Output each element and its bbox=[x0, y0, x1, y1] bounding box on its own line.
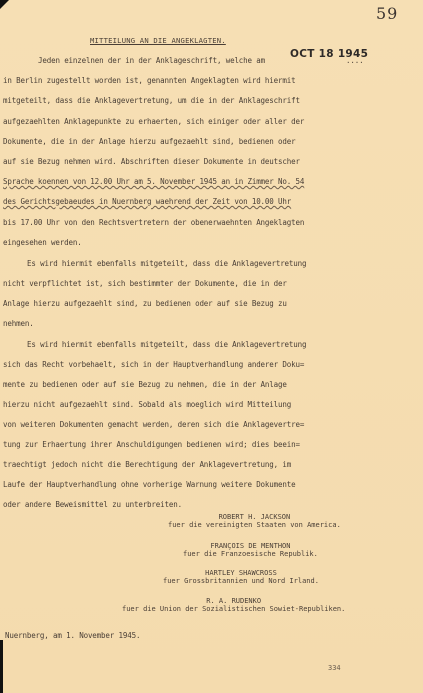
text-line: aufgezaehlten Anklagepunkte zu erhaerten… bbox=[3, 117, 304, 126]
text-line: nicht verpflichtet ist, sich bestimmter … bbox=[3, 279, 287, 288]
signatory-name: HARTLEY SHAWCROSS bbox=[163, 569, 319, 577]
signatory-name: ROBERT H. JACKSON bbox=[168, 513, 341, 521]
scan-edge bbox=[0, 640, 3, 693]
text-line: Jeden einzelnen der in der Anklageschrif… bbox=[38, 56, 265, 65]
text-line: sich das Recht vorbehaelt, sich in der H… bbox=[3, 360, 304, 369]
text-line: mitgeteilt, dass die Anklagevertretung, … bbox=[3, 96, 300, 105]
signatory-country: fuer Grossbritannien und Nord Irland. bbox=[163, 577, 319, 585]
place-date: Nuernberg, am 1. November 1945. bbox=[5, 631, 140, 640]
text-line: in Berlin zugestellt worden ist, genannt… bbox=[3, 76, 295, 85]
signatory-country: fuer die Franzoesische Republik. bbox=[183, 550, 318, 558]
text-line: eingesehen werden. bbox=[3, 238, 82, 247]
footer-number: 334 bbox=[328, 664, 341, 672]
signatory: HARTLEY SHAWCROSS fuer Grossbritannien u… bbox=[163, 569, 319, 585]
signatory-country: fuer die vereinigten Staaten von America… bbox=[168, 521, 341, 529]
text-line: Dokumente, die in der Anlage hierzu aufg… bbox=[3, 137, 295, 146]
signatory-country: fuer die Union der Sozialistischen Sowie… bbox=[122, 605, 345, 613]
text-line: Es wird hiermit ebenfalls mitgeteilt, da… bbox=[27, 340, 306, 349]
signatory: FRANÇOIS DE MENTHON fuer die Franzoesisc… bbox=[183, 542, 318, 558]
text-line: hierzu nicht aufgezaehlt sind. Sobald al… bbox=[3, 400, 291, 409]
signatory-name: FRANÇOIS DE MENTHON bbox=[183, 542, 318, 550]
text-line: mente zu bedienen oder auf sie Bezug zu … bbox=[3, 380, 287, 389]
stamp-leader: .... bbox=[346, 56, 363, 65]
text-line: tung zur Erhaertung ihrer Anschuldigunge… bbox=[3, 440, 300, 449]
scan-corner bbox=[0, 0, 9, 9]
text-line: auf sie Bezug nehmen wird. Abschriften d… bbox=[3, 157, 300, 166]
text-line: des Gerichtsgebaeudes in Nuernberg waehr… bbox=[3, 197, 291, 206]
text-line: traechtigt jedoch nicht die Berechtigung… bbox=[3, 460, 291, 469]
signatory: R. A. RUDENKO fuer die Union der Soziali… bbox=[122, 597, 345, 613]
document-title: MITTEILUNG AN DIE ANGEKLAGTEN. bbox=[90, 36, 226, 45]
text-line: oder andere Beweismittel zu unterbreiten… bbox=[3, 500, 182, 509]
text-line: bis 17.00 Uhr von den Rechtsvertretern d… bbox=[3, 218, 304, 227]
document-page: 59 MITTEILUNG AN DIE ANGEKLAGTEN. Jeden … bbox=[0, 0, 423, 693]
signatory: ROBERT H. JACKSON fuer die vereinigten S… bbox=[168, 513, 341, 529]
text-line: von weiteren Dokumenten gemacht werden, … bbox=[3, 420, 304, 429]
page-number: 59 bbox=[376, 4, 398, 23]
text-line: Anlage hierzu aufgezaehlt sind, zu bedie… bbox=[3, 299, 287, 308]
text-line: Laufe der Hauptverhandlung ohne vorherig… bbox=[3, 480, 295, 489]
text-line: nehmen. bbox=[3, 319, 34, 328]
text-line: Es wird hiermit ebenfalls mitgeteilt, da… bbox=[27, 259, 306, 268]
text-line: Sprache koennen von 12.00 Uhr am 5. Nove… bbox=[3, 177, 304, 186]
signatory-name: R. A. RUDENKO bbox=[122, 597, 345, 605]
